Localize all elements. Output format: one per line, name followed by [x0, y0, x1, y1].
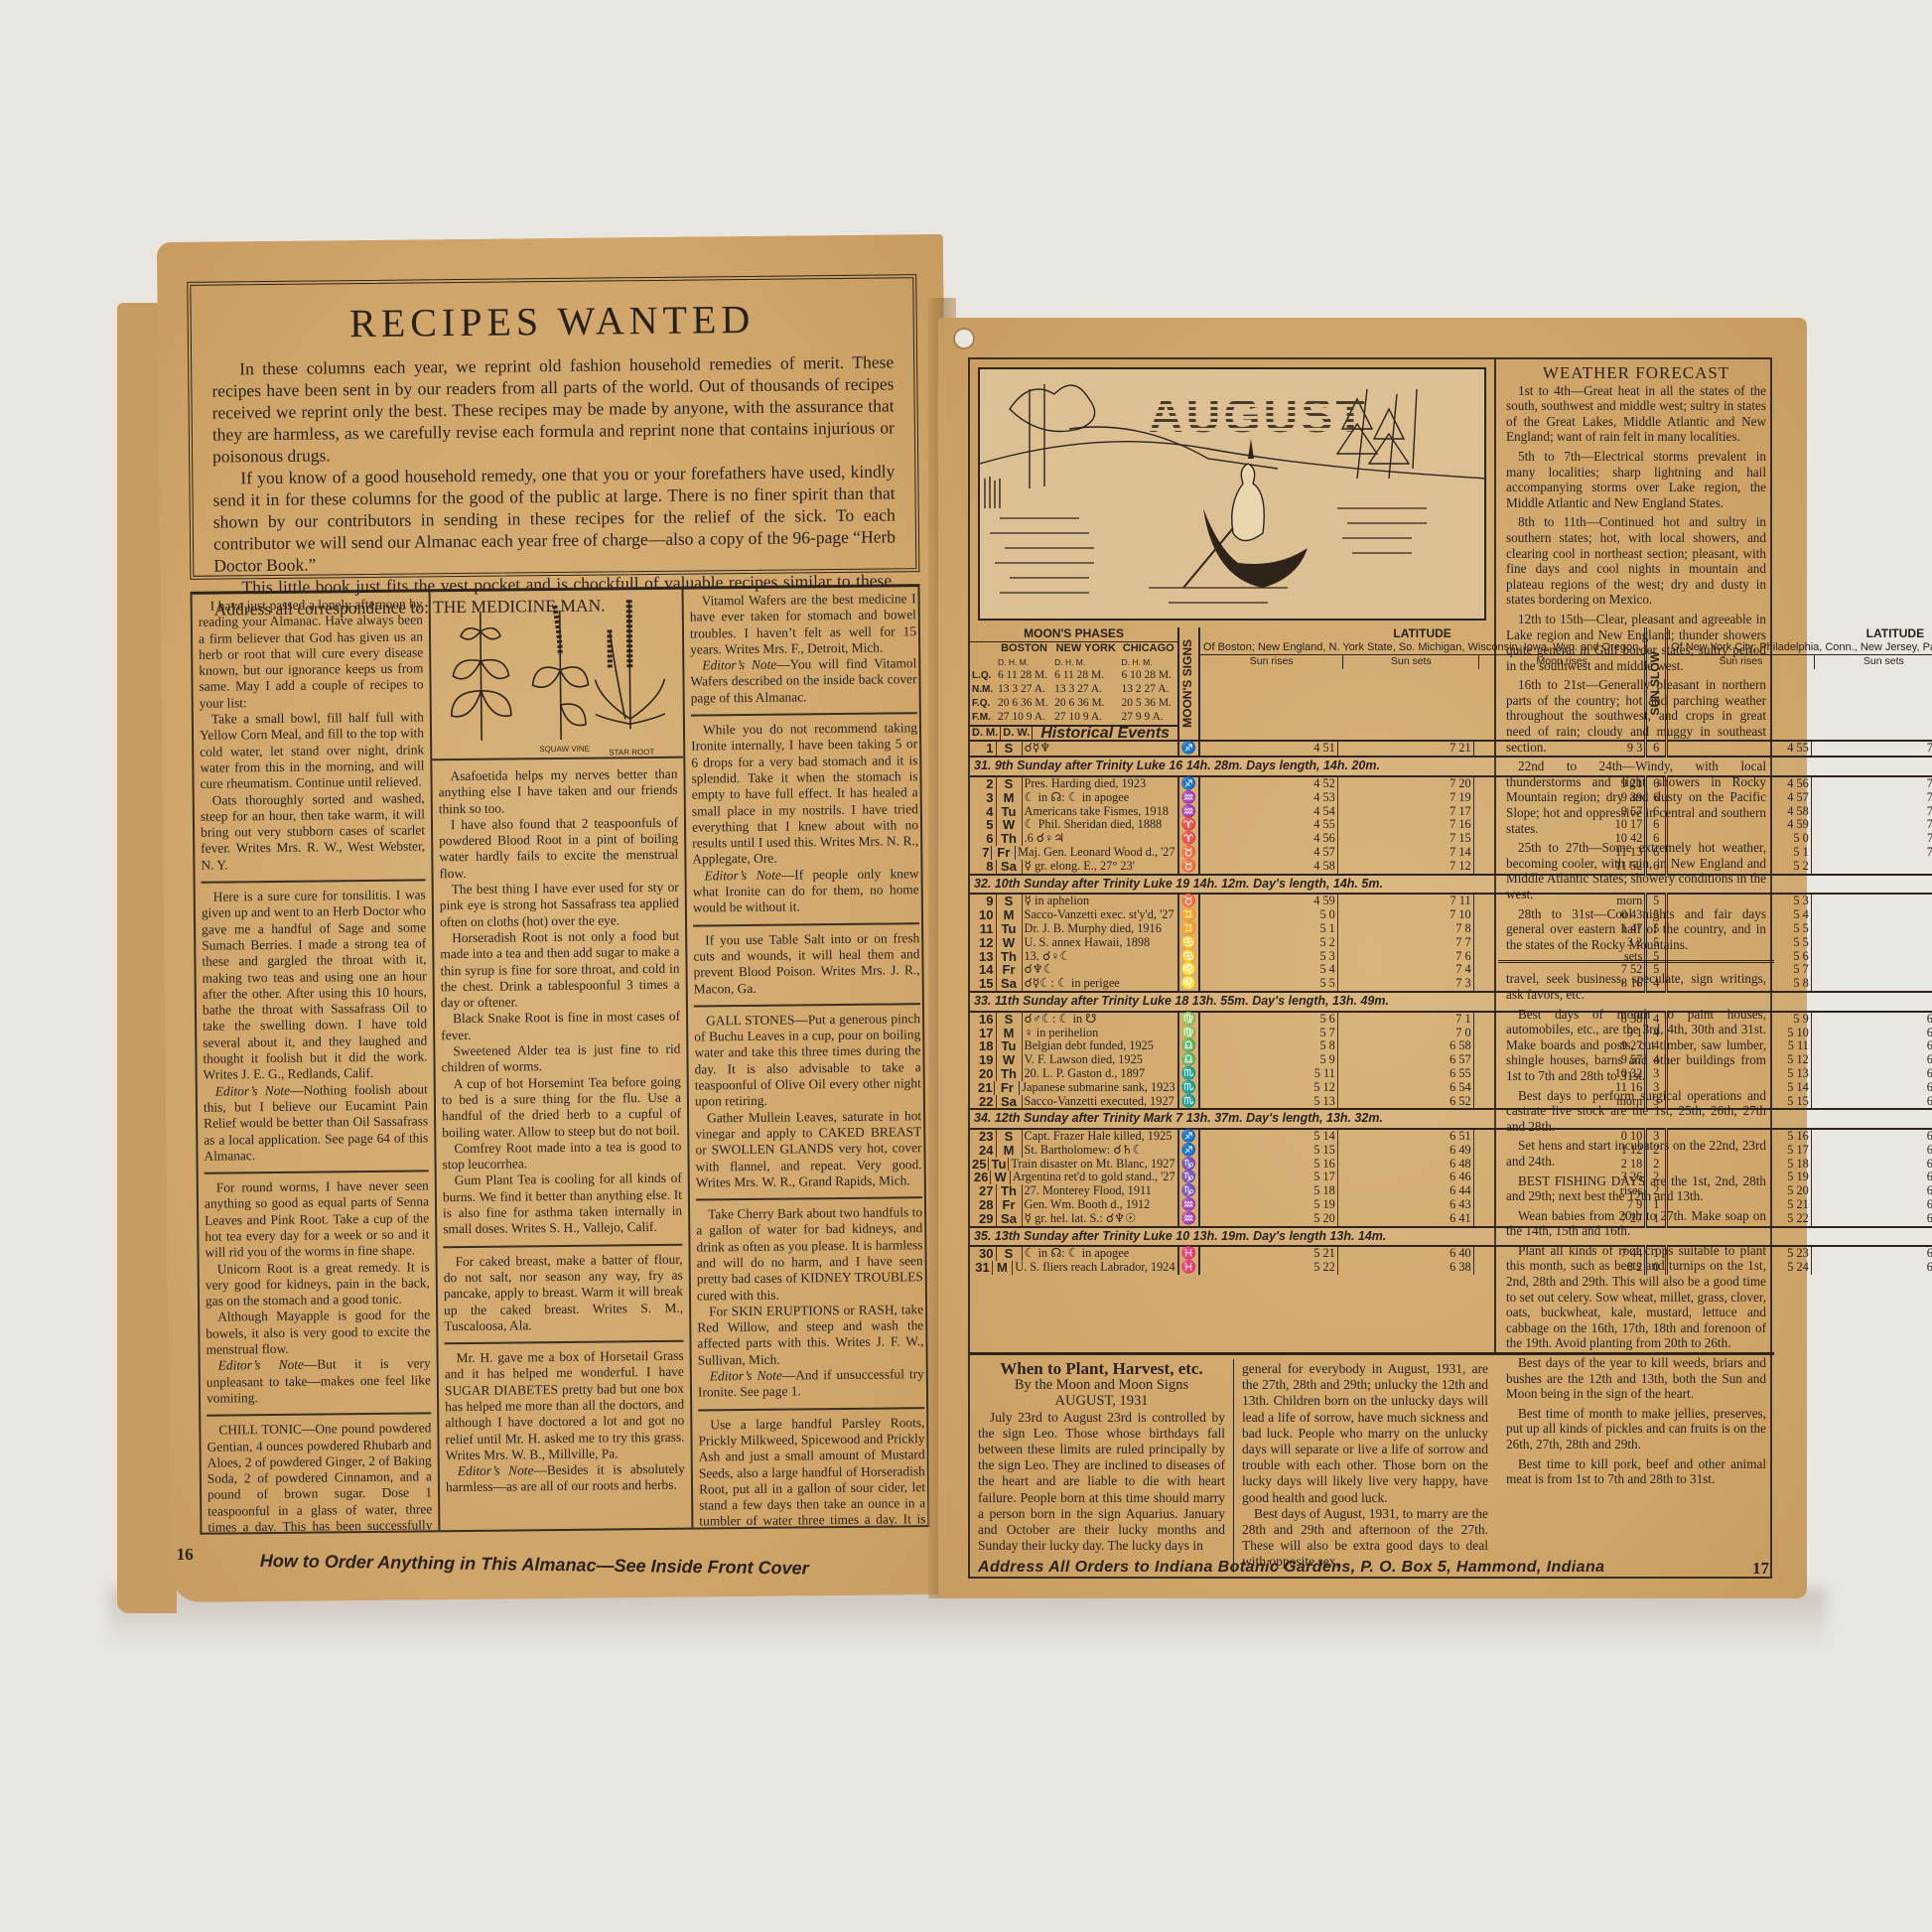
- plant-date: AUGUST, 1931: [978, 1393, 1225, 1409]
- dw-header: D. W.: [1001, 726, 1033, 741]
- week-header-row: 32. 10th Sunday after Trinity Luke 19 14…: [970, 875, 1932, 895]
- advice-entry: Best days of month to paint houses, auto…: [1506, 1007, 1766, 1084]
- editors-note: Editor’s Note—Nothing foolish about this…: [204, 1081, 429, 1165]
- remedies-columns: I have just passed a lonely afternoon by…: [191, 584, 930, 1535]
- moon-phases-title: MOON'S PHASES: [970, 627, 1177, 642]
- advice-entry: Plant all kinds of root crops suitable t…: [1506, 1243, 1766, 1351]
- remedy-paragraph: A cup of hot Horsemint Tea before going …: [442, 1073, 682, 1141]
- calendar-day-row: 27Th27. Monterey Flood, 1911♑5 186 44ris…: [970, 1184, 1932, 1198]
- divider: [202, 879, 426, 883]
- binding-hole: [953, 328, 975, 349]
- calendar-day-row: 23SCapt. Frazer Hale killed, 1925♐5 146 …: [970, 1129, 1932, 1144]
- editors-note: Editor’s Note—Besides it is absolutely h…: [446, 1461, 685, 1496]
- calendar-day-row: 30S☾ in ☊: ☾ in apogee♓5 216 407 4415 23…: [970, 1246, 1932, 1261]
- calendar-day-row: 22SaSacco-Vanzetti executed, 1927♏5 136 …: [970, 1095, 1932, 1110]
- divider: [694, 1003, 920, 1007]
- advice-entry: Set hens and start incubators on the 22n…: [1506, 1138, 1766, 1169]
- calendar-day-row: 19WV. F. Lawson died, 1925♎5 96 579 5745…: [970, 1053, 1932, 1067]
- remedy-paragraph: Mr. H. gave me a box of Horsetail Grass …: [445, 1348, 685, 1464]
- remedy-paragraph: Here is a sure cure for tonsilitis. I wa…: [202, 887, 428, 1083]
- august-title: AUGUST: [1149, 389, 1368, 444]
- remedy-paragraph: Asafoetida helps my nerves better than a…: [438, 766, 677, 817]
- divider: [691, 712, 917, 716]
- remedies-column-3: Vitamol Wafers are the best medicine I h…: [684, 587, 932, 1527]
- divider: [444, 1340, 683, 1345]
- editors-note: Editor’s Note—And if unsuccessful try Ir…: [698, 1366, 924, 1401]
- remedy-paragraph: I have just passed a lonely afternoon by…: [199, 596, 424, 711]
- plant-subtitle: By the Moon and Moon Signs: [978, 1377, 1225, 1393]
- page-number-right: 17: [1752, 1559, 1769, 1579]
- city-chicago: CHICAGO: [1119, 642, 1177, 656]
- editors-note: Editor’s Note—You will find Vitamol Wafe…: [690, 655, 916, 706]
- august-banner: AUGUST: [978, 367, 1486, 621]
- divider: [696, 1196, 922, 1200]
- calendar-day-row: 20Th20. L. P. Gaston d., 1897♏5 116 5510…: [970, 1067, 1932, 1081]
- calendar-day-row: 31MU. S. fliers reach Labrador, 1924♓5 2…: [970, 1261, 1932, 1275]
- calendar-day-row: 4TuAmericans take Fismes, 1918♒4 547 179…: [970, 805, 1932, 819]
- moon-phase-row: F.M.27 10 9 A.27 10 9 A.27 9 9 A.: [970, 711, 1177, 725]
- calendar-day-row: 3M☾ in ☊: ☾ in apogee♒4 537 199 3964 577…: [970, 791, 1932, 805]
- remedy-paragraph: Black Snake Root is fine in most cases o…: [441, 1009, 680, 1043]
- advice-list: travel, seek business, speculate, sign w…: [1506, 971, 1766, 1486]
- recipes-wanted-title: RECIPES WANTED: [210, 294, 893, 347]
- plant-title: When to Plant, Harvest, etc.: [978, 1361, 1225, 1377]
- remedy-paragraph: Take Cherry Bark about two handfuls to a…: [696, 1204, 923, 1304]
- weather-forecast-entry: 25th to 27th—Some extremely hot weather,…: [1506, 840, 1766, 901]
- calendar-day-row: 13Th13. ☌♀☾♋5 37 6sets55 67 2sets: [970, 950, 1932, 964]
- calendar-day-row: 18TuBelgian debt funded, 1925♎5 86 589 2…: [970, 1039, 1932, 1053]
- week-header-row: 31. 9th Sunday after Trinity Luke 16 14h…: [970, 757, 1932, 776]
- advice-entry: Best time to kill pork, beef and other a…: [1506, 1456, 1766, 1487]
- calendar-day-row: 9S☿ in aphelion♉4 597 11morn55 37 8morn: [970, 894, 1932, 908]
- historical-events-header: Historical Events: [1033, 726, 1177, 741]
- weather-forecast-column: WEATHER FORECAST 1st to 4th—Great heat i…: [1498, 359, 1774, 1579]
- svg-text:STAR ROOT: STAR ROOT: [609, 748, 654, 757]
- calendar-day-row: 15Sa☌☿☾: ☾ in perigee♌5 57 38 1645 87 08…: [970, 977, 1932, 992]
- calendar-day-row: 1S☌☿♆♐4 517 219 364 557 179 2: [970, 741, 1932, 757]
- moons-signs-header: MOON'S SIGNS: [1181, 639, 1195, 728]
- recipes-intro-paragraph: In these columns each year, we reprint o…: [211, 350, 895, 467]
- city-boston: BOSTON: [996, 642, 1052, 656]
- calendar-day-row: 25TuTrain disaster on Mt. Blanc, 1927♑5 …: [970, 1158, 1932, 1172]
- plant-text-1: July 23rd to August 23rd is controlled b…: [978, 1410, 1225, 1555]
- remedy-paragraph: Gum Plant Tea is cooling for all kinds o…: [443, 1171, 683, 1238]
- moon-phase-row: L.Q.6 11 28 M.6 11 28 M.6 10 28 M.: [970, 669, 1177, 683]
- advice-entry: Best days to perform surgical operations…: [1506, 1088, 1766, 1135]
- remedies-column-1: I have just passed a lonely afternoon by…: [193, 592, 441, 1532]
- divider: [698, 1407, 924, 1411]
- advice-entry: travel, seek business, speculate, sign w…: [1506, 971, 1766, 1002]
- recipes-intro-paragraph: If you know of a good household remedy, …: [212, 460, 896, 576]
- remedy-paragraph: Gather Mullein Leaves, saturate in hot v…: [695, 1108, 922, 1191]
- plant-text-2: general for everybody in August, 1931, a…: [1242, 1361, 1488, 1506]
- advice-entry: Wean babies from 20th to 27th. Make soap…: [1506, 1208, 1766, 1239]
- remedy-paragraph: For caked breast, make a batter of flour…: [444, 1251, 684, 1334]
- remedy-paragraph: Oats thoroughly sorted and washed, steep…: [201, 790, 426, 874]
- remedy-paragraph: The best thing I have ever used for sty …: [440, 880, 679, 930]
- calendar-column: AUGUST MOON'S PHASES BOSTON NEW YORK: [970, 359, 1496, 1352]
- left-page: RECIPES WANTED In these columns each yea…: [157, 234, 957, 1602]
- remedies-column-2: SQUAW VINE STAR ROOT Asafoetida helps my…: [431, 590, 694, 1531]
- divider: [443, 1243, 682, 1248]
- weather-forecast-entry: 8th to 11th—Continued hot and sultry in …: [1506, 514, 1766, 608]
- calendar-day-row: 29Sa☿ gr. hel. lat. S.: ☌♆☉♒5 206 417 27…: [970, 1212, 1932, 1227]
- week-header-row: 33. 11th Sunday after Trinity Luke 18 13…: [970, 992, 1932, 1012]
- plant-column-2: general for everybody in August, 1931, a…: [1233, 1359, 1496, 1573]
- footer-address: Address All Orders to Indiana Botanic Ga…: [978, 1559, 1772, 1577]
- calendar-day-row: 6Th.6 ☌♀♃♈4 567 1510 4265 07 1110 47: [970, 832, 1932, 846]
- divider: [207, 1413, 431, 1417]
- advice-entry: Best time of month to make jellies, pres…: [1506, 1406, 1766, 1452]
- svg-text:SQUAW VINE: SQUAW VINE: [539, 745, 590, 755]
- editors-note: Editor’s Note—But it is very unpleasant …: [207, 1356, 431, 1407]
- calendar-day-row: 7FrMaj. Gen. Leonard Wood d., '27♉4 577 …: [970, 846, 1932, 860]
- remedy-paragraph: While you do not recommend taking Ironit…: [691, 720, 919, 868]
- weather-forecast-list: 1st to 4th—Great heat in all the states …: [1506, 383, 1766, 953]
- remedy-paragraph: Use a large handful Parsley Roots, Prick…: [698, 1415, 926, 1528]
- right-page-frame: AUGUST MOON'S PHASES BOSTON NEW YORK: [968, 357, 1772, 1579]
- calendar-table: MOON'S PHASES BOSTON NEW YORK CHICAGO D.…: [970, 627, 1496, 1275]
- calendar-day-row: 12WU. S. annex Hawaii, 1898♋5 27 73 255 …: [970, 936, 1932, 950]
- plant-column-1: When to Plant, Harvest, etc. By the Moon…: [970, 1359, 1233, 1556]
- calendar-day-row: 16S☌♂☾: ☾ in ☋♍5 67 18 3845 96 588 39: [970, 1012, 1932, 1027]
- remedies-column-2-text: Asafoetida helps my nerves better than a…: [438, 766, 685, 1496]
- footer-order-note: How to Order Anything in This Almanac—Se…: [260, 1551, 1015, 1583]
- advice-entry: BEST FISHING DAYS are the 1st, 2nd, 28th…: [1506, 1173, 1766, 1204]
- herb-plants-icon: SQUAW VINE STAR ROOT: [431, 590, 686, 761]
- moon-phase-row: N.M.13 3 27 A.13 3 27 A.13 2 27 A.: [970, 683, 1177, 697]
- editors-note: Editor’s Note—If people only knew what I…: [692, 866, 918, 916]
- calendar-day-row: 28FrGen. Wm. Booth d., 1912♒5 196 437 91…: [970, 1198, 1932, 1212]
- remedy-paragraph: Unicorn Root is a great remedy. It is ve…: [206, 1259, 430, 1310]
- calendar-day-row: 5W☾ Phil. Sheridan died, 1888♈4 557 1610…: [970, 818, 1932, 832]
- divider: [693, 922, 919, 926]
- recipes-wanted-box: RECIPES WANTED In these columns each yea…: [187, 274, 919, 580]
- weather-forecast-title: WEATHER FORECAST: [1506, 365, 1766, 381]
- advice-entry: Best days of the year to kill weeds, bri…: [1506, 1355, 1766, 1402]
- herb-illustration: SQUAW VINE STAR ROOT: [431, 590, 684, 761]
- remedy-paragraph: If you use Table Salt into or on fresh c…: [693, 930, 920, 998]
- calendar-day-row: 11TuDr. J. B. Murphy died, 1916♊5 17 81 …: [970, 922, 1932, 936]
- dm-header: D. M.: [970, 726, 1001, 741]
- calendar-day-row: 14Fr☌♆☾♌5 47 47 5255 77 17 50: [970, 963, 1932, 977]
- calendar-day-row: 8Sa☿ gr. elong. E., 27° 23′♉4 587 1211 5…: [970, 860, 1932, 875]
- remedy-paragraph: Take a small bowl, fill half full with Y…: [200, 709, 425, 792]
- calendar-day-row: 2SPres. Harding died, 1923♐4 527 209 216…: [970, 776, 1932, 791]
- calendar-day-row: 10MSacco-Vanzetti exec. st'y'd, '27♊5 07…: [970, 908, 1932, 922]
- calendar-day-row: 26WArgentina ret'd to gold stand., '27♑5…: [970, 1171, 1932, 1184]
- calendar-day-row: 24MSt. Bartholomew: ☌♄☾♐5 156 491 1225 1…: [970, 1144, 1932, 1158]
- weather-forecast-entry: 1st to 4th—Great heat in all the states …: [1506, 383, 1766, 445]
- week-header-row: 34. 12th Sunday after Trinity Mark 7 13h…: [970, 1109, 1932, 1129]
- remedy-paragraph: CHILL TONIC—One pound powdered Gentian, …: [207, 1421, 433, 1533]
- remedy-paragraph: Vitamol Wafers are the best medicine I h…: [690, 591, 917, 658]
- remedy-paragraph: Although Mayapple is good for the bowels…: [206, 1308, 430, 1358]
- remedy-paragraph: Comfrey Root made into a tea is good to …: [442, 1139, 681, 1173]
- calendar-day-row: 17M♀ in perihelion♍5 77 09 145 106 579 3: [970, 1027, 1932, 1040]
- weather-forecast-entry: 5th to 7th—Electrical storms prevalent i…: [1506, 449, 1766, 510]
- calendar-day-row: 21FrJapanese submarine sank, 1923♏5 126 …: [970, 1081, 1932, 1095]
- remedy-paragraph: I have also found that 2 teaspoonfuls of…: [439, 815, 679, 883]
- remedy-paragraph: For SKIN ERUPTIONS or RASH, take Red Wil…: [697, 1302, 924, 1369]
- weather-forecast-entry: 16th to 21st—Generally pleasant in north…: [1506, 677, 1766, 755]
- moon-phase-row: F.Q.20 6 36 M.20 6 36 M.20 5 36 M.: [970, 697, 1177, 711]
- week-header-row: 35. 13th Sunday after Trinity Luke 10 13…: [970, 1227, 1932, 1247]
- divider: [1498, 960, 1774, 963]
- city-new-york: NEW YORK: [1052, 642, 1119, 656]
- page-number-left: 16: [177, 1545, 194, 1565]
- remedy-paragraph: GALL STONES—Put a generous pinch of Buch…: [694, 1011, 921, 1110]
- weather-forecast-entry: 22nd to 24th—Windy, with local thunderst…: [1506, 759, 1766, 836]
- weather-forecast-entry: 12th to 15th—Clear, pleasant and agreeab…: [1506, 612, 1766, 673]
- divider: [205, 1170, 429, 1173]
- remedy-paragraph: Sweetened Alder tea is just fine to rid …: [441, 1041, 680, 1076]
- right-page: AUGUST MOON'S PHASES BOSTON NEW YORK: [938, 318, 1807, 1598]
- remedy-paragraph: Horseradish Root is not only a food but …: [440, 928, 680, 1012]
- remedy-paragraph: For round worms, I have never seen anyth…: [205, 1177, 430, 1261]
- weather-forecast-entry: 28th to 31st—Cool nights and fair days g…: [1506, 906, 1766, 953]
